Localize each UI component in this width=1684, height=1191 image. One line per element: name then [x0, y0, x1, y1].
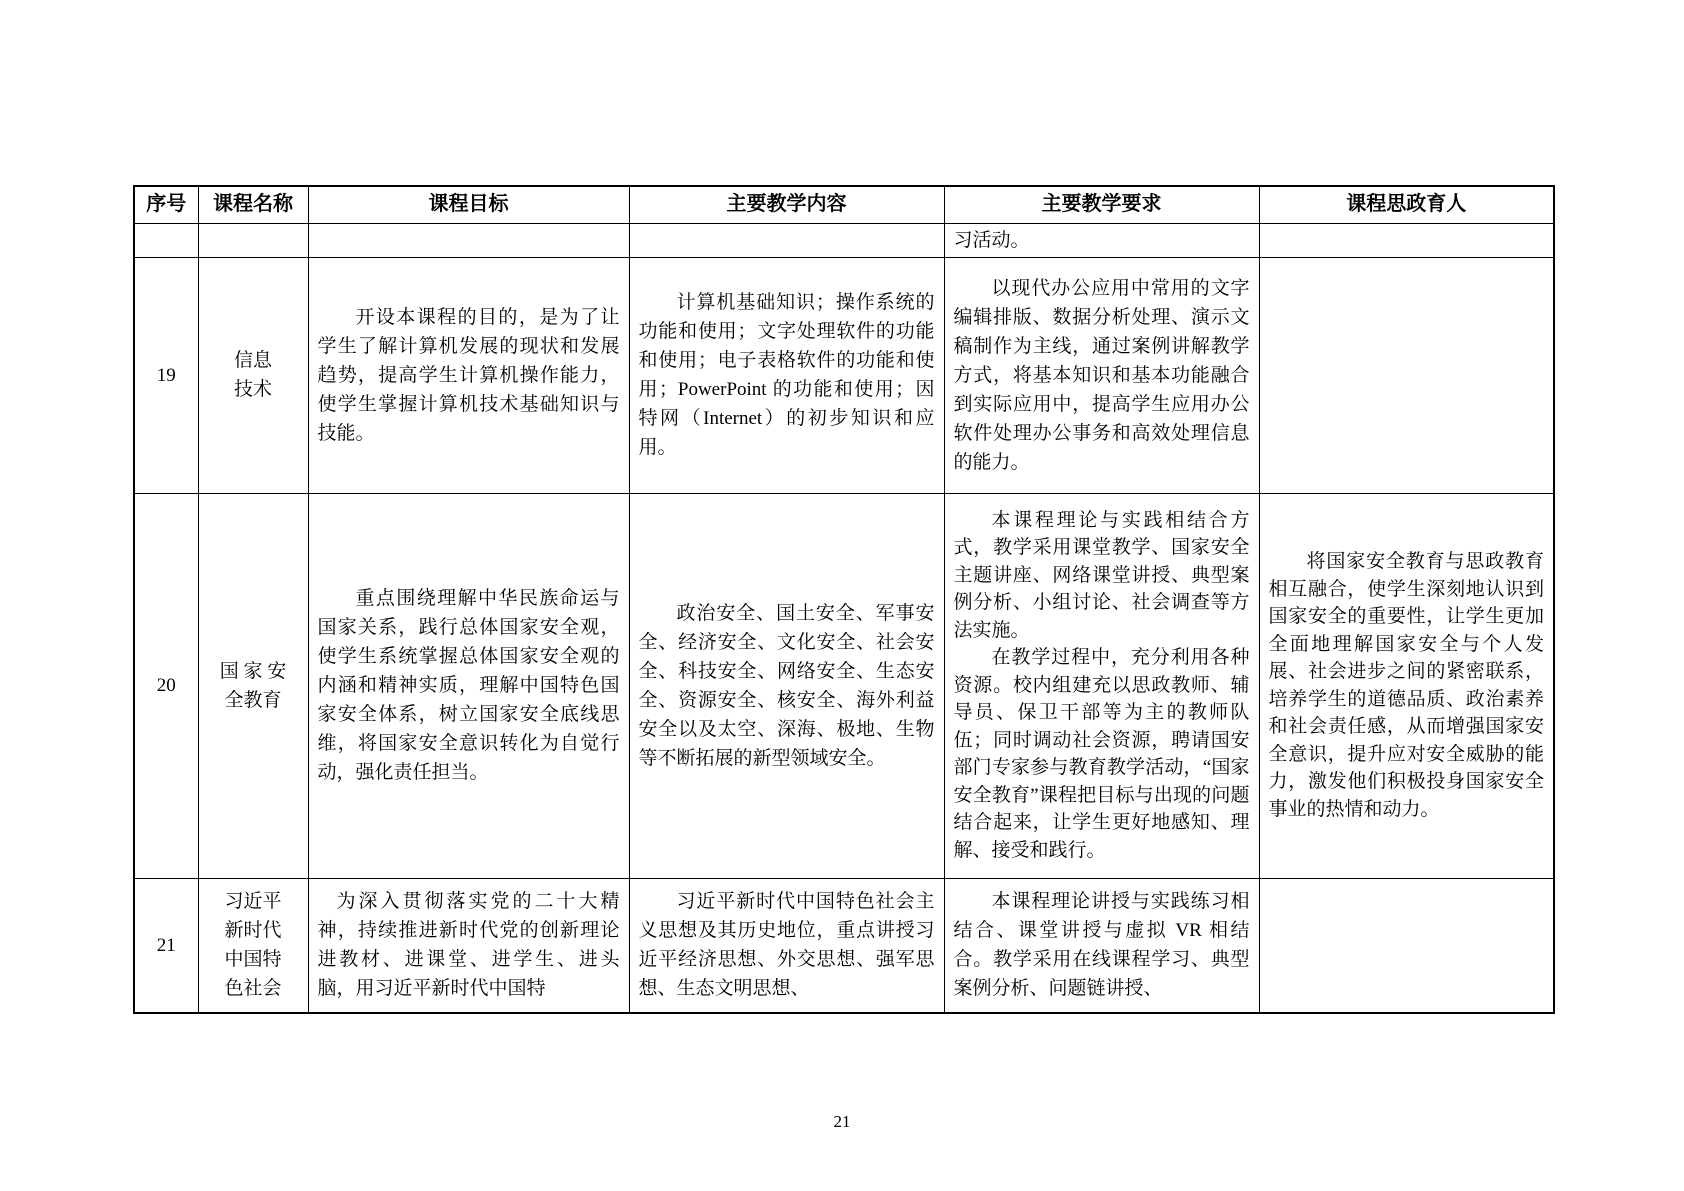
header-no: 序号 [134, 186, 198, 223]
header-ideology: 课程思政育人 [1259, 186, 1554, 223]
table-row: 19 信息 技术 开设本课程的目的，是为了让学生了解计算机发展的现状和发展趋势，… [134, 257, 1554, 493]
table-header-row: 序号 课程名称 课程目标 主要教学内容 主要教学要求 课程思政育人 [134, 186, 1554, 223]
cont-objective-cell [308, 223, 629, 257]
row19-ideology [1259, 257, 1554, 493]
cont-ideology-cell [1259, 223, 1554, 257]
cont-content-cell [629, 223, 944, 257]
course-name-line: 信息 [208, 346, 299, 375]
cont-no-cell [134, 223, 198, 257]
row21-content: 习近平新时代中国特色社会主义思想及其历史地位，重点讲授习近平经济思想、外交思想、… [629, 878, 944, 1013]
row19-requirements: 以现代办公应用中常用的文字编辑排版、数据分析处理、演示文稿制作为主线，通过案例讲… [944, 257, 1259, 493]
row21-course-name: 习近平 新时代 中国特 色社会 [198, 878, 308, 1013]
continuation-row: 习活动。 [134, 223, 1554, 257]
row20-ideology: 将国家安全教育与思政教育相互融合，使学生深刻地认识到国家安全的重要性，让学生更加… [1259, 493, 1554, 878]
row19-no: 19 [134, 257, 198, 493]
ideology-paragraph: 将国家安全教育与思政教育相互融合，使学生深刻地认识到国家安全的重要性，让学生更加… [1269, 548, 1545, 823]
requirements-paragraph: 以现代办公应用中常用的文字编辑排版、数据分析处理、演示文稿制作为主线，通过案例讲… [954, 274, 1250, 477]
course-name-line: 全教育 [208, 686, 299, 715]
document-page: 序号 课程名称 课程目标 主要教学内容 主要教学要求 课程思政育人 习活动。 1… [0, 0, 1684, 1191]
table-row: 21 习近平 新时代 中国特 色社会 为深入贯彻落实党的二十大精 神，持续推进新… [134, 878, 1554, 1013]
objective-paragraph: 开设本课程的目的，是为了让学生了解计算机发展的现状和发展趋势，提高学生计算机操作… [318, 303, 620, 448]
header-requirements: 主要教学要求 [944, 186, 1259, 223]
requirements-paragraph: 在教学过程中，充分利用各种资源。校内组建充以思政教师、辅导员、保卫干部等为主的教… [954, 644, 1250, 864]
content-paragraph: 政治安全、国土安全、军事安全、经济安全、文化安全、社会安全、科技安全、网络安全、… [639, 599, 935, 773]
course-table: 序号 课程名称 课程目标 主要教学内容 主要教学要求 课程思政育人 习活动。 1… [133, 185, 1555, 1014]
objective-paragraph: 为深入贯彻落实党的二十大精 神，持续推进新时代党的创新理论进教材、进课堂、进学生… [318, 887, 620, 1003]
row19-course-name: 信息 技术 [198, 257, 308, 493]
row19-content: 计算机基础知识；操作系统的功能和使用；文字处理软件的功能和使用；电子表格软件的功… [629, 257, 944, 493]
header-objective: 课程目标 [308, 186, 629, 223]
row20-content: 政治安全、国土安全、军事安全、经济安全、文化安全、社会安全、科技安全、网络安全、… [629, 493, 944, 878]
row21-requirements: 本课程理论讲授与实践练习相结合、课堂讲授与虚拟 VR 相结合。教学采用在线课程学… [944, 878, 1259, 1013]
course-name-line: 国 家 安 [208, 657, 299, 686]
header-content: 主要教学内容 [629, 186, 944, 223]
course-name-line: 习近平 [208, 887, 299, 916]
row21-ideology [1259, 878, 1554, 1013]
course-name-line: 色社会 [208, 974, 299, 1003]
requirements-paragraph: 本课程理论与实践相结合方式，教学采用课堂教学、国家安全主题讲座、网络课堂讲授、典… [954, 507, 1250, 645]
row19-objective: 开设本课程的目的，是为了让学生了解计算机发展的现状和发展趋势，提高学生计算机操作… [308, 257, 629, 493]
row20-course-name: 国 家 安 全教育 [198, 493, 308, 878]
row20-no: 20 [134, 493, 198, 878]
row20-requirements: 本课程理论与实践相结合方式，教学采用课堂教学、国家安全主题讲座、网络课堂讲授、典… [944, 493, 1259, 878]
cont-name-cell [198, 223, 308, 257]
objective-paragraph: 重点围绕理解中华民族命运与国家关系，践行总体国家安全观，使学生系统掌握总体国家安… [318, 584, 620, 787]
content-paragraph: 计算机基础知识；操作系统的功能和使用；文字处理软件的功能和使用；电子表格软件的功… [639, 288, 935, 462]
header-course-name: 课程名称 [198, 186, 308, 223]
row21-objective: 为深入贯彻落实党的二十大精 神，持续推进新时代党的创新理论进教材、进课堂、进学生… [308, 878, 629, 1013]
row21-no: 21 [134, 878, 198, 1013]
page-number: 21 [0, 1112, 1684, 1132]
row20-objective: 重点围绕理解中华民族命运与国家关系，践行总体国家安全观，使学生系统掌握总体国家安… [308, 493, 629, 878]
content-paragraph: 习近平新时代中国特色社会主义思想及其历史地位，重点讲授习近平经济思想、外交思想、… [639, 887, 935, 1003]
table-row: 20 国 家 安 全教育 重点围绕理解中华民族命运与国家关系，践行总体国家安全观… [134, 493, 1554, 878]
cont-requirements-cell: 习活动。 [944, 223, 1259, 257]
course-name-line: 新时代 [208, 916, 299, 945]
course-name-line: 中国特 [208, 945, 299, 974]
course-name-line: 技术 [208, 375, 299, 404]
requirements-paragraph: 本课程理论讲授与实践练习相结合、课堂讲授与虚拟 VR 相结合。教学采用在线课程学… [954, 887, 1250, 1003]
